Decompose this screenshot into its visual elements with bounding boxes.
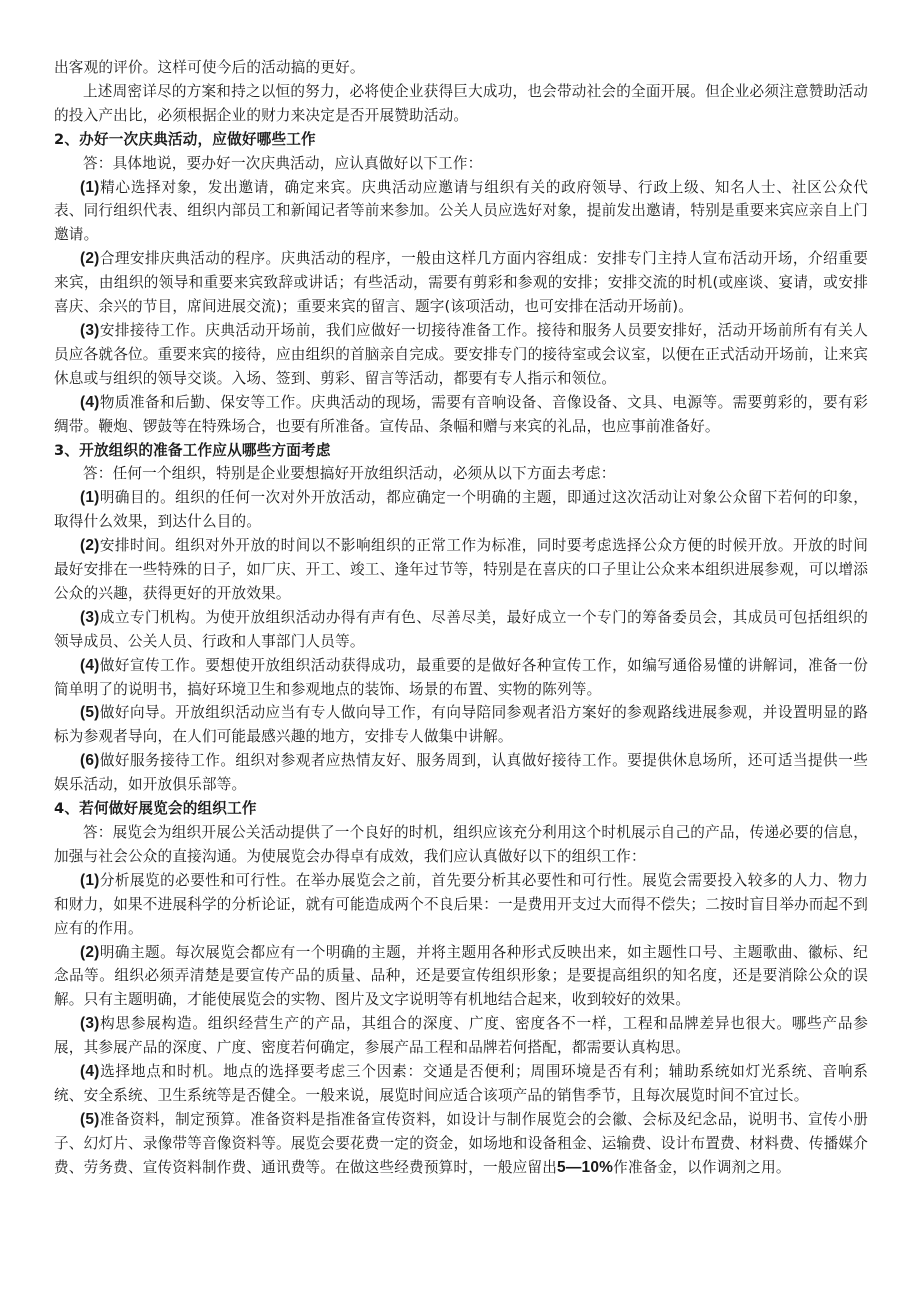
item-text: 选择地点和时机。地点的选择要考虑三个因素：交通是否便利；周围环境是否有利；辅助系… (54, 1063, 868, 1104)
item-number: (4) (80, 394, 100, 411)
list-item: (6)做好服务接待工作。组织对参观者应热情友好、服务周到，认真做好接待工作。要提… (54, 749, 868, 797)
paragraph-continuation: 出客观的评价。这样可使今后的活动搞的更好。 (54, 56, 868, 80)
item-text: 物质准备和后勤、保安等工作。庆典活动的现场，需要有音响设备、音像设备、文具、电源… (54, 394, 868, 435)
item-text: 明确目的。组织的任何一次对外开放活动，都应确定一个明确的主题，即通过这次活动让对… (54, 489, 868, 530)
section-heading-2: 2、办好一次庆典活动，应做好哪些工作 (54, 128, 868, 152)
item-text: 明确主题。每次展览会都应有一个明确的主题，并将主题用各种形式反映出来，如主题性口… (54, 944, 868, 1009)
list-item: (3)成立专门机构。为使开放组织活动办得有声有色、尽善尽美，最好成立一个专门的筹… (54, 606, 868, 654)
list-item: (3)安排接待工作。庆典活动开场前，我们应做好一切接待准备工作。接待和服务人员要… (54, 319, 868, 391)
item-text: 合理安排庆典活动的程序。庆典活动的程序，一般由这样几方面内容组成：安排专门主持人… (54, 250, 868, 315)
document-page: 出客观的评价。这样可使今后的活动搞的更好。 上述周密详尽的方案和持之以恒的努力，… (54, 56, 868, 1180)
item-text-after: 作准备金，以作调剂之用。 (613, 1159, 791, 1176)
item-number: (3) (80, 609, 100, 626)
item-text: 构思参展构造。组织经营生产的产品，其组合的深度、广度、密度各不一样，工程和品牌差… (54, 1015, 868, 1056)
item-text: 分析展览的必要性和可行性。在举办展览会之前，首先要分析其必要性和可行性。展览会需… (54, 872, 868, 937)
item-number: (1) (80, 872, 100, 889)
list-item: (4)做好宣传工作。要想使开放组织活动获得成功，最重要的是做好各种宣传工作，如编… (54, 654, 868, 702)
item-number: (4) (80, 657, 100, 674)
list-item: (5)做好向导。开放组织活动应当有专人做向导工作，有向导陪同参观者沿方案好的参观… (54, 701, 868, 749)
reserve-percentage: 5—10% (557, 1159, 613, 1176)
item-number: (5) (80, 1111, 100, 1128)
item-number: (2) (80, 537, 100, 554)
item-number: (3) (80, 1015, 100, 1032)
item-number: (2) (80, 944, 100, 961)
item-number: (6) (80, 752, 100, 769)
item-text: 安排接待工作。庆典活动开场前，我们应做好一切接待准备工作。接待和服务人员要安排好… (54, 322, 868, 387)
item-text: 做好向导。开放组织活动应当有专人做向导工作，有向导陪同参观者沿方案好的参观路线进… (54, 704, 868, 745)
item-text: 成立专门机构。为使开放组织活动办得有声有色、尽善尽美，最好成立一个专门的筹备委员… (54, 609, 868, 650)
list-item: (1)明确目的。组织的任何一次对外开放活动，都应确定一个明确的主题，即通过这次活… (54, 486, 868, 534)
list-item: (2)安排时间。组织对外开放的时间以不影响组织的正常工作为标准，同时要考虑选择公… (54, 534, 868, 606)
paragraph-sponsorship-summary: 上述周密详尽的方案和持之以恒的努力，必将使企业获得巨大成功，也会带动社会的全面开… (54, 80, 868, 128)
item-number: (5) (80, 704, 100, 721)
list-item: (2)明确主题。每次展览会都应有一个明确的主题，并将主题用各种形式反映出来，如主… (54, 941, 868, 1013)
item-number: (4) (80, 1063, 100, 1080)
item-text: 做好宣传工作。要想使开放组织活动获得成功，最重要的是做好各种宣传工作，如编写通俗… (54, 657, 868, 698)
item-text: 做好服务接待工作。组织对参观者应热情友好、服务周到，认真做好接待工作。要提供休息… (54, 752, 868, 793)
list-item: (3)构思参展构造。组织经营生产的产品，其组合的深度、广度、密度各不一样，工程和… (54, 1012, 868, 1060)
section-answer-4: 答：展览会为组织开展公关活动提供了一个良好的时机，组织应该充分利用这个时机展示自… (54, 821, 868, 869)
section-heading-3: 3、开放组织的准备工作应从哪些方面考虑 (54, 439, 868, 463)
item-number: (3) (80, 322, 100, 339)
list-item: (1)分析展览的必要性和可行性。在举办展览会之前，首先要分析其必要性和可行性。展… (54, 869, 868, 941)
section-heading-4: 4、若何做好展览会的组织工作 (54, 797, 868, 821)
list-item: (4)选择地点和时机。地点的选择要考虑三个因素：交通是否便利；周围环境是否有利；… (54, 1060, 868, 1108)
item-text: 精心选择对象，发出邀请，确定来宾。庆典活动应邀请与组织有关的政府领导、行政上级、… (54, 179, 868, 244)
section-answer-2: 答：具体地说，要办好一次庆典活动，应认真做好以下工作： (54, 152, 868, 176)
item-number: (2) (80, 250, 100, 267)
item-text: 安排时间。组织对外开放的时间以不影响组织的正常工作为标准，同时要考虑选择公众方便… (54, 537, 868, 602)
list-item: (1)精心选择对象，发出邀请，确定来宾。庆典活动应邀请与组织有关的政府领导、行政… (54, 176, 868, 248)
list-item: (4)物质准备和后勤、保安等工作。庆典活动的现场，需要有音响设备、音像设备、文具… (54, 391, 868, 439)
item-number: (1) (80, 179, 100, 196)
list-item: (5)准备资料，制定预算。准备资料是指准备宣传资料，如设计与制作展览会的会徽、会… (54, 1108, 868, 1180)
item-number: (1) (80, 489, 100, 506)
section-answer-3: 答：任何一个组织，特别是企业要想搞好开放组织活动，必须从以下方面去考虑： (54, 462, 868, 486)
list-item: (2)合理安排庆典活动的程序。庆典活动的程序，一般由这样几方面内容组成：安排专门… (54, 247, 868, 319)
